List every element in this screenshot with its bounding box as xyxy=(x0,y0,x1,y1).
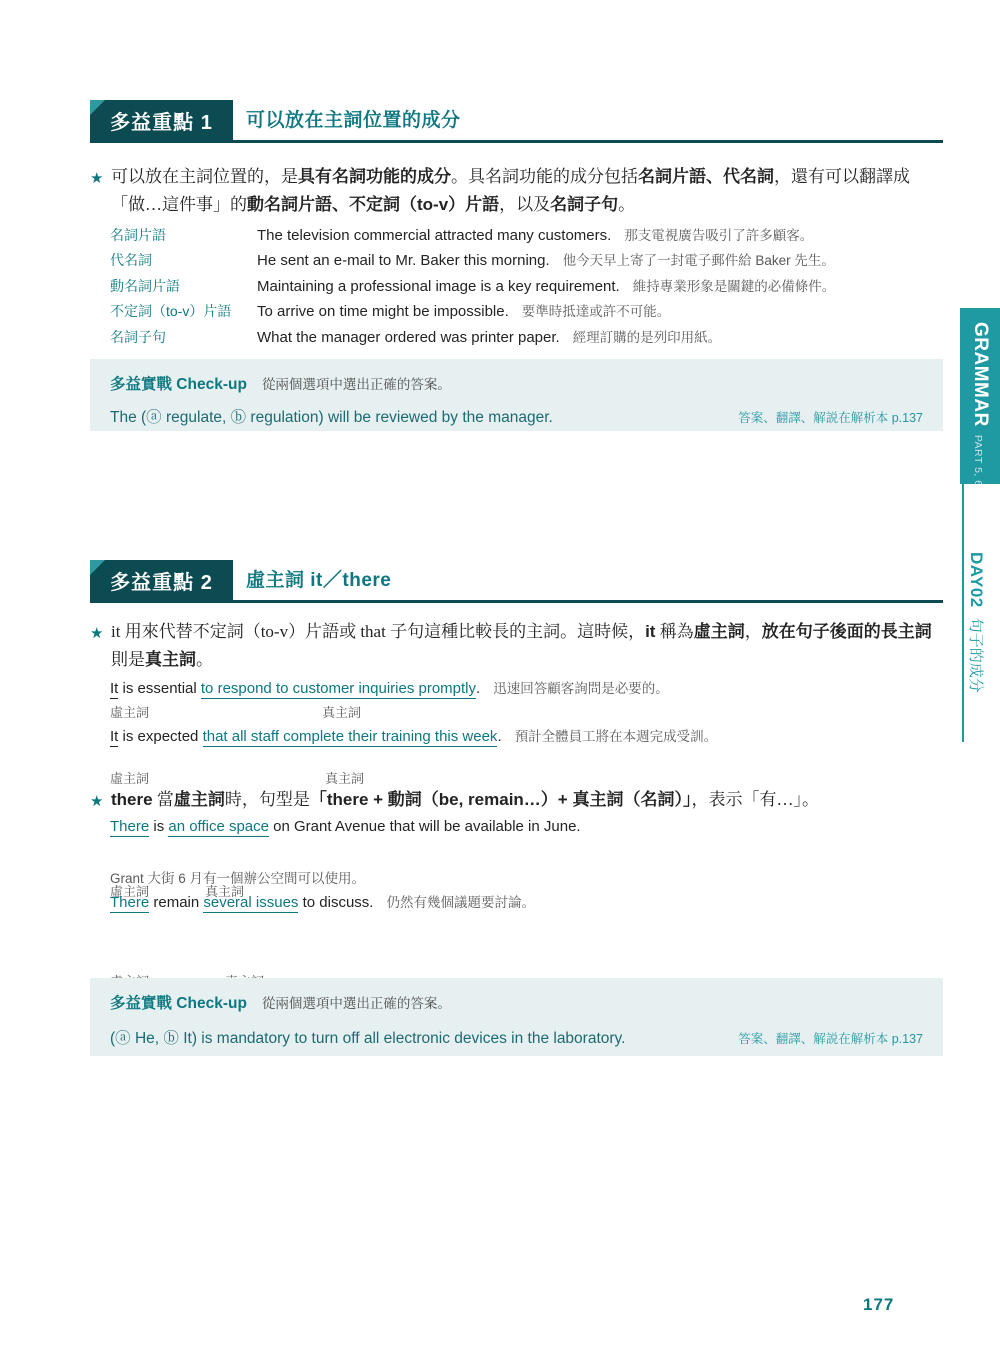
checkup-question-row: The (ⓐ regulate, ⓑ regulation) will be r… xyxy=(110,405,923,427)
sidebar-day-tab-line xyxy=(962,484,964,742)
example-rest: might be impossible. xyxy=(368,303,509,320)
section1-badge: 多益重點 1 xyxy=(90,100,233,140)
day-label: DAY02 xyxy=(967,552,986,608)
example-translation: 維持專業形象是關鍵的必備條件。 xyxy=(633,279,836,294)
example-translation: 仍然有幾個議題要討論。 xyxy=(386,895,535,910)
example-label: 動名詞片語 xyxy=(110,274,257,298)
star-icon: ★ xyxy=(90,165,103,193)
section1-intro: ★可以放在主詞位置的，是具有名詞功能的成分。具名詞功能的成分包括名詞片語、代名詞… xyxy=(90,163,938,218)
there-intro-text: there 當虛主詞時，句型是「there + 動詞（be, remain…）+… xyxy=(111,790,819,809)
example-rest: is a key requirement. xyxy=(476,278,619,295)
example-translation: 經理訂購的是列印用紙。 xyxy=(573,330,722,345)
star-icon: ★ xyxy=(90,788,103,816)
example-row: 代名詞He sent an e-mail to Mr. Baker this m… xyxy=(110,248,950,273)
example-translation: 預計全體員工將在本週完成受訓。 xyxy=(515,729,718,744)
example-row: 不定詞（to-v）片語To arrive on time might be im… xyxy=(110,299,950,324)
it-example-1: It is essential to respond to customer i… xyxy=(110,677,669,699)
it-example-2-roles: 虛主詞真主詞 xyxy=(110,768,610,786)
example-label: 代名詞 xyxy=(110,248,257,272)
example-rest: attracted many customers. xyxy=(430,227,611,244)
sidebar-grammar-text: GRAMMARPART 5, 6 xyxy=(969,322,991,487)
example-sentence: It is essential to respond to customer i… xyxy=(110,680,480,697)
example-row: 名詞片語The television commercial attracted … xyxy=(110,223,950,248)
example-translation: 那支電視廣告吸引了許多顧客。 xyxy=(624,228,813,243)
checkup-answer-reference: 答案、翻譯、解説在解析本 p.137 xyxy=(738,1029,923,1047)
there-example-1-translation: Grant 大街 6 月有一個辦公空間可以使用。 xyxy=(110,867,365,887)
there-example-2: There remain several issues to discuss.仍… xyxy=(110,891,535,913)
example-translation: 迅速回答顧客詢問是必要的。 xyxy=(493,681,669,696)
example-sentence: It is expected that all staff complete t… xyxy=(110,728,502,745)
example-translation: 要準時抵達或許不可能。 xyxy=(522,304,671,319)
example-row: 名詞子句What the manager ordered was printer… xyxy=(110,325,950,350)
sidebar-tab-grammar: GRAMMARPART 5, 6 xyxy=(960,308,1000,484)
example-row: 動名詞片語Maintaining a professional image is… xyxy=(110,274,950,299)
checkup-answer-reference: 答案、翻譯、解説在解析本 p.137 xyxy=(738,408,923,426)
sidebar-tab-day: DAY02句子的成分 xyxy=(966,552,987,693)
checkup-title: 多益實戰 Check-up xyxy=(110,995,247,1012)
example-subject: The television commercial xyxy=(257,227,430,244)
example-sentence: There is an office space on Grant Avenue… xyxy=(110,818,581,835)
section2-title: 虛主詞 it／there xyxy=(246,560,391,600)
section2-badge: 多益重點 2 xyxy=(90,560,233,600)
section1-intro-text: 可以放在主詞位置的，是具有名詞功能的成分。具名詞功能的成分包括名詞片語、代名詞，… xyxy=(111,167,910,214)
example-label: 名詞子句 xyxy=(110,325,257,349)
section1-checkup-box: 多益實戰 Check-up從兩個選項中選出正確的答案。 The (ⓐ regul… xyxy=(90,359,943,431)
there-example-1: There is an office space on Grant Avenue… xyxy=(110,818,581,837)
textbook-page: 多益重點 1 可以放在主詞位置的成分 ★可以放在主詞位置的，是具有名詞功能的成分… xyxy=(0,0,1000,1368)
example-subject: To arrive on time xyxy=(257,303,368,320)
section2-intro-text: it 用來代替不定詞（to-v）片語或 that 子句這種比較長的主詞。這時候，… xyxy=(111,622,932,669)
checkup-question: (ⓐ He, ⓑ It) is mandatory to turn off al… xyxy=(110,1026,625,1048)
checkup-question: The (ⓐ regulate, ⓑ regulation) will be r… xyxy=(110,405,553,427)
star-icon: ★ xyxy=(90,620,103,648)
section1-example-list: 名詞片語The television commercial attracted … xyxy=(110,223,950,350)
example-subject: He xyxy=(257,252,276,269)
checkup-header: 多益實戰 Check-up從兩個選項中選出正確的答案。 xyxy=(110,372,923,394)
example-translation: 他今天早上寄了一封電子郵件給 Baker 先生。 xyxy=(563,253,835,268)
checkup-description: 從兩個選項中選出正確的答案。 xyxy=(262,377,451,392)
example-subject: Maintaining a professional image xyxy=(257,278,476,295)
section2-checkup-box: 多益實戰 Check-up從兩個選項中選出正確的答案。 (ⓐ He, ⓑ It)… xyxy=(90,978,943,1056)
checkup-question-row: (ⓐ He, ⓑ It) is mandatory to turn off al… xyxy=(110,1026,923,1048)
example-rest: was printer paper. xyxy=(436,329,559,346)
example-label: 不定詞（to-v）片語 xyxy=(110,299,257,323)
example-label: 名詞片語 xyxy=(110,223,257,247)
section2-intro: ★it 用來代替不定詞（to-v）片語或 that 子句這種比較長的主詞。這時候… xyxy=(90,618,938,673)
day-title: 句子的成分 xyxy=(967,618,984,693)
example-sentence: There remain several issues to discuss. xyxy=(110,894,373,911)
it-example-2: It is expected that all staff complete t… xyxy=(110,725,717,747)
section2-header: 多益重點 2 虛主詞 it／there xyxy=(90,560,943,603)
grammar-part-label: GRAMMAR xyxy=(970,322,991,427)
section1-title: 可以放在主詞位置的成分 xyxy=(246,100,461,140)
checkup-title: 多益實戰 Check-up xyxy=(110,376,247,393)
page-number: 177 xyxy=(863,1295,894,1315)
example-subject: What the manager ordered xyxy=(257,329,436,346)
it-example-1-roles: 虛主詞真主詞 xyxy=(110,702,610,720)
example-rest: sent an e-mail to Mr. Baker this morning… xyxy=(276,252,549,269)
section1-header: 多益重點 1 可以放在主詞位置的成分 xyxy=(90,100,943,143)
checkup-description: 從兩個選項中選出正確的答案。 xyxy=(262,996,451,1011)
grammar-part-sub: PART 5, 6 xyxy=(972,435,984,487)
there-intro: ★there 當虛主詞時，句型是「there + 動詞（be, remain…）… xyxy=(90,786,938,814)
checkup-header: 多益實戰 Check-up從兩個選項中選出正確的答案。 xyxy=(110,991,923,1013)
